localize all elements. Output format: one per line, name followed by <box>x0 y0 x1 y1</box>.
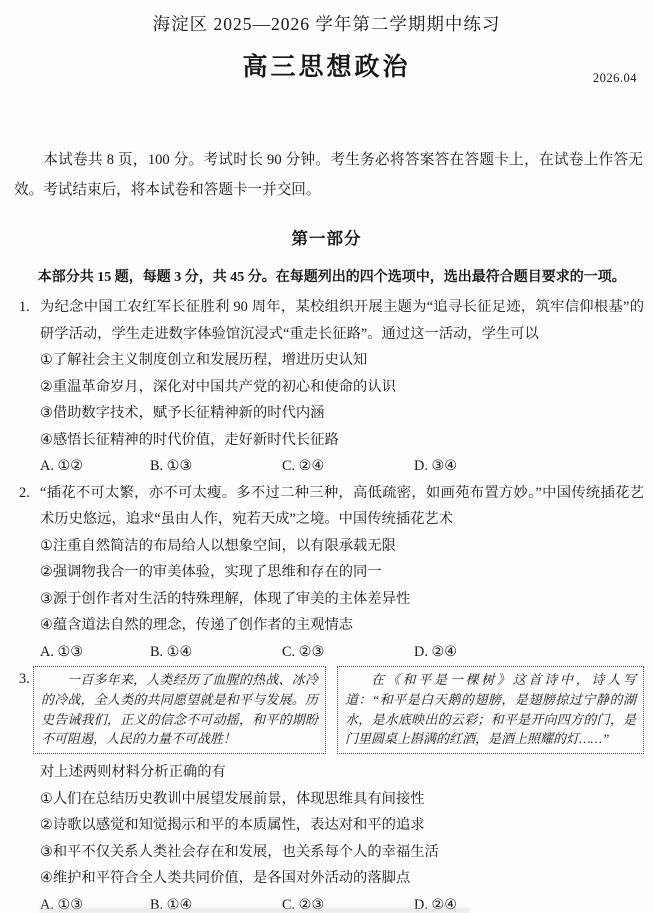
question-3-item-4: ④维护和平符合全人类共同价值，是各国对外活动的落脚点 <box>40 865 644 892</box>
subject-title: 高三思想政治 <box>242 54 410 81</box>
question-1-item-3: ③借助数字技术，赋予长征精神新的时代内涵 <box>40 400 644 427</box>
scan-artifact <box>40 908 470 913</box>
question-1-number: 1. <box>19 294 30 321</box>
exam-date: 2026.04 <box>593 71 637 86</box>
question-1-option-c: C. ②④ <box>282 453 414 480</box>
question-3: 3. 一百多年来，人类经历了血腥的热战、冰冷的冷战，全人类的共同愿望就是和平与发… <box>14 666 644 913</box>
material-box-right: 在《和平是一棵树》这首诗中，诗人写道：“和平是白天鹅的翅膀，是翅膀掠过宁静的湖水… <box>337 666 644 754</box>
question-1-option-b: B. ①③ <box>150 453 282 480</box>
question-2-option-c: C. ②③ <box>282 639 414 666</box>
question-3-number: 3. <box>19 666 30 693</box>
question-2-item-3: ③源于创作者对生活的特殊理解，体现了审美的主体差异性 <box>40 586 644 613</box>
subject-row: 高三思想政治 2026.04 <box>0 47 653 89</box>
question-1-item-4: ④感悟长征精神的时代价值，走好新时代长征路 <box>40 427 644 454</box>
question-1-item-1: ①了解社会主义制度创立和发展历程，增进历史认知 <box>40 347 644 374</box>
question-3-item-1: ①人们在总结历史教训中展望发展前景，体现思维具有间接性 <box>40 786 644 813</box>
question-1: 1. 为纪念中国工农红军长征胜利 90 周年，某校组织开展主题为“追寻长征足迹，… <box>14 294 644 480</box>
question-3-stem: 对上述两则材料分析正确的有 <box>40 759 644 786</box>
question-3-materials: 一百多年来，人类经历了血腥的热战、冰冷的冷战，全人类的共同愿望就是和平与发展。历… <box>33 666 644 754</box>
question-2-options: A. ①③B. ①④C. ②③D. ②④ <box>40 639 644 666</box>
question-2-stem: “插花不可太繁，亦不可太瘦。多不过二种三种，高低疏密，如画苑布置方妙。”中国传统… <box>40 480 644 533</box>
section-title: 第一部分 <box>0 225 653 253</box>
question-1-options: A. ①②B. ①③C. ②④D. ③④ <box>40 453 644 480</box>
question-2-option-d: D. ②④ <box>414 639 457 666</box>
question-1-option-d: D. ③④ <box>414 453 457 480</box>
question-3-item-3: ③和平不仅关系人类社会存在和发展，也关系每个人的幸福生活 <box>40 839 644 866</box>
question-3-item-2: ②诗歌以感觉和知觉揭示和平的本质属性，表达对和平的追求 <box>40 812 644 839</box>
exam-instructions: 本试卷共 8 页，100 分。考试时长 90 分钟。考生务必将答案答在答题卡上，… <box>14 145 643 205</box>
section-instructions: 本部分共 15 题，每题 3 分，共 45 分。在每题列出的四个选项中，选出最符… <box>14 264 651 292</box>
question-2-option-a: A. ①③ <box>40 639 150 666</box>
question-2: 2. “插花不可太繁，亦不可太瘦。多不过二种三种，高低疏密，如画苑布置方妙。”中… <box>14 480 644 666</box>
question-1-option-a: A. ①② <box>40 453 150 480</box>
question-2-item-4: ④蕴含道法自然的理念，传递了创作者的主观情志 <box>40 612 644 639</box>
exam-header-title: 海淀区 2025—2026 学年第二学期期中练习 <box>0 0 653 37</box>
question-2-number: 2. <box>19 480 30 507</box>
question-2-item-2: ②强调物我合一的审美体验，实现了思维和存在的同一 <box>40 559 644 586</box>
question-2-option-b: B. ①④ <box>150 639 282 666</box>
question-1-item-2: ②重温革命岁月，深化对中国共产党的初心和使命的认识 <box>40 374 644 401</box>
question-1-stem: 为纪念中国工农红军长征胜利 90 周年，某校组织开展主题为“追寻长征足迹，筑牢信… <box>40 294 644 347</box>
exam-paper-page: 海淀区 2025—2026 学年第二学期期中练习 高三思想政治 2026.04 … <box>0 0 653 913</box>
material-box-left: 一百多年来，人类经历了血腥的热战、冰冷的冷战，全人类的共同愿望就是和平与发展。历… <box>33 666 326 754</box>
question-2-item-1: ①注重自然简洁的布局给人以想象空间，以有限承载无限 <box>40 533 644 560</box>
